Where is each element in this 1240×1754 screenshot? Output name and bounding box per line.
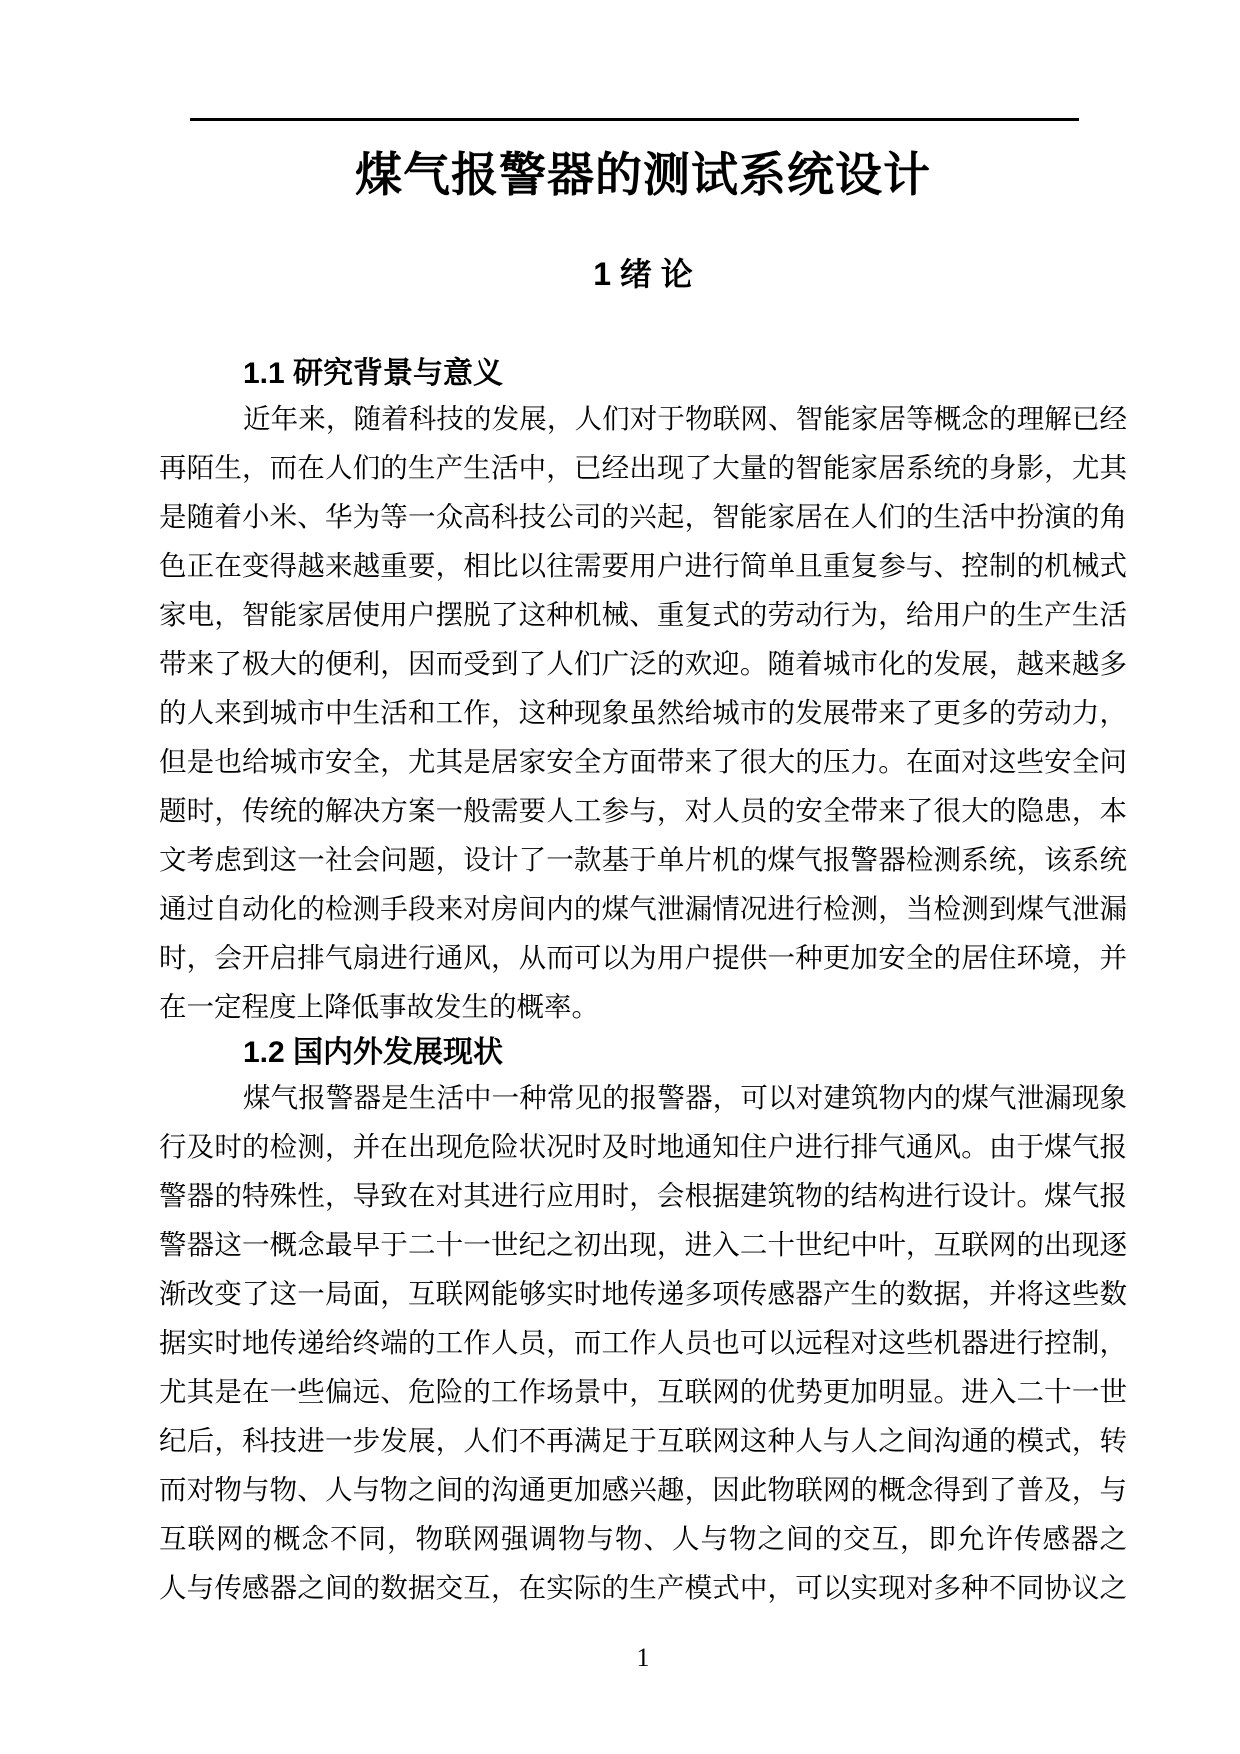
paragraph-research-background: 近年来，随着科技的发展，人们对于物联网、智能家居等概念的理解已经不再陌生，而在人… xyxy=(159,394,1127,1031)
text-line: 是随着小米、华为等一众高科技公司的兴起，智能家居在人们的生活中扮演的角 xyxy=(159,492,1127,541)
document-page: 煤气报警器的测试系统设计 1 绪 论 1.1 研究背景与意义 近年来，随着科技的… xyxy=(0,0,1240,1754)
text-line: 尤其是在一些偏远、危险的工作场景中，互联网的优势更加明显。进入二十一世 xyxy=(159,1367,1127,1416)
page-number: 1 xyxy=(159,1642,1127,1673)
text-line: 色正在变得越来越重要，相比以往需要用户进行简单且重复参与、控制的机械式 xyxy=(159,541,1127,590)
text-line: 警器这一概念最早于二十一世纪之初出现，进入二十世纪中叶，互联网的出现逐 xyxy=(159,1220,1127,1269)
text-line: 煤气报警器是生活中一种常见的报警器，可以对建筑物内的煤气泄漏现象进 xyxy=(159,1073,1127,1122)
text-line: 据实时地传递给终端的工作人员，而工作人员也可以远程对这些机器进行控制， xyxy=(159,1318,1127,1367)
text-line: 而对物与物、人与物之间的沟通更加感兴趣，因此物联网的概念得到了普及，与 xyxy=(159,1465,1127,1514)
text-line: 家电，智能家居使用户摆脱了这种机械、重复式的劳动行为，给用户的生产生活 xyxy=(159,590,1127,639)
text-line: 带来了极大的便利，因而受到了人们广泛的欢迎。随着城市化的发展，越来越多 xyxy=(159,639,1127,688)
text-line: 近年来，随着科技的发展，人们对于物联网、智能家居等概念的理解已经不 xyxy=(159,394,1127,443)
text-line: 警器的特殊性，导致在对其进行应用时，会根据建筑物的结构进行设计。煤气报 xyxy=(159,1171,1127,1220)
text-line: 行及时的检测，并在出现危险状况时及时地通知住户进行排气通风。由于煤气报 xyxy=(159,1122,1127,1171)
text-line: 渐改变了这一局面，互联网能够实时地传递多项传感器产生的数据，并将这些数 xyxy=(159,1269,1127,1318)
section-heading-1-1: 1.1 研究背景与意义 xyxy=(159,356,1127,392)
document-title: 煤气报警器的测试系统设计 xyxy=(159,146,1127,205)
text-line: 但是也给城市安全，尤其是居家安全方面带来了很大的压力。在面对这些安全问 xyxy=(159,737,1127,786)
text-line: 在一定程度上降低事故发生的概率。 xyxy=(159,982,1127,1031)
text-line: 人与传感器之间的数据交互，在实际的生产模式中，可以实现对多种不同协议之 xyxy=(159,1563,1127,1612)
text-line: 文考虑到这一社会问题，设计了一款基于单片机的煤气报警器检测系统，该系统 xyxy=(159,835,1127,884)
header-rule xyxy=(190,118,1079,121)
section-heading-1-2: 1.2 国内外发展现状 xyxy=(159,1035,1127,1071)
paragraph-development-status: 煤气报警器是生活中一种常见的报警器，可以对建筑物内的煤气泄漏现象进行及时的检测，… xyxy=(159,1073,1127,1612)
text-line: 时，会开启排气扇进行通风，从而可以为用户提供一种更加安全的居住环境，并 xyxy=(159,933,1127,982)
text-line: 题时，传统的解决方案一般需要人工参与，对人员的安全带来了很大的隐患，本 xyxy=(159,786,1127,835)
text-line: 纪后，科技进一步发展，人们不再满足于互联网这种人与人之间沟通的模式，转 xyxy=(159,1416,1127,1465)
text-line: 的人来到城市中生活和工作，这种现象虽然给城市的发展带来了更多的劳动力， xyxy=(159,688,1127,737)
text-line: 再陌生，而在人们的生产生活中，已经出现了大量的智能家居系统的身影，尤其 xyxy=(159,443,1127,492)
text-line: 互联网的概念不同，物联网强调物与物、人与物之间的交互，即允许传感器之间、 xyxy=(159,1514,1127,1563)
text-line: 通过自动化的检测手段来对房间内的煤气泄漏情况进行检测，当检测到煤气泄漏 xyxy=(159,884,1127,933)
chapter-heading: 1 绪 论 xyxy=(159,254,1127,294)
